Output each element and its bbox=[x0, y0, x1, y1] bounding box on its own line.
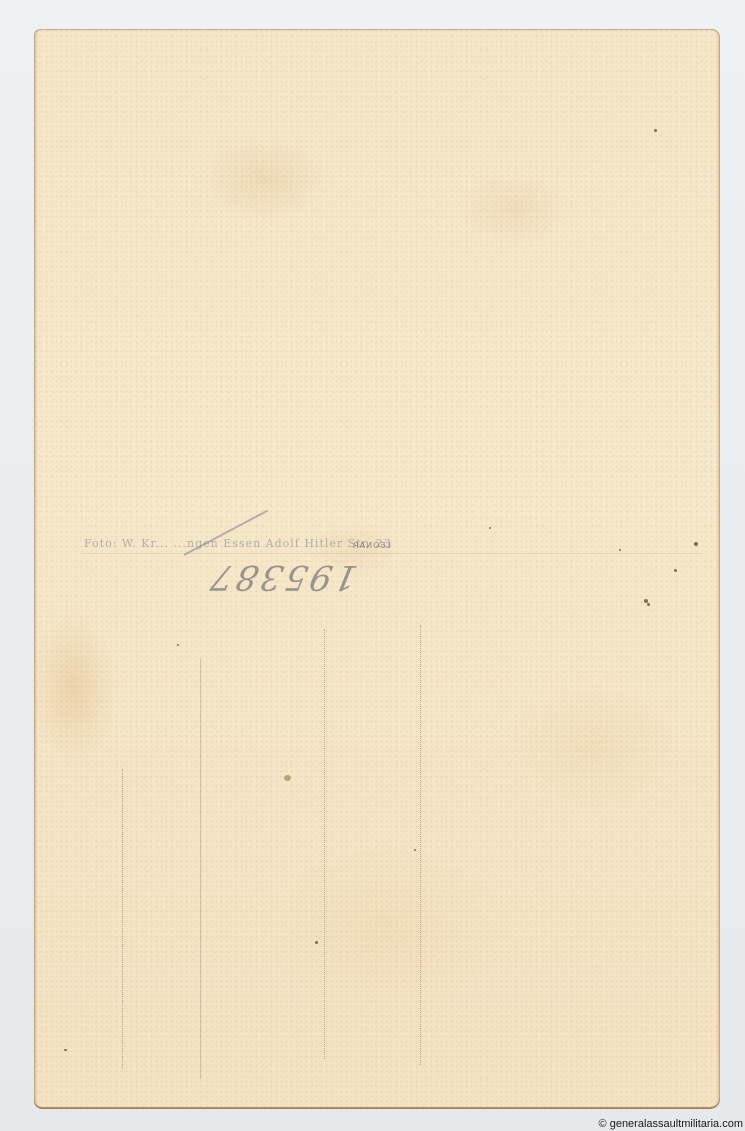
paper-speck bbox=[64, 1049, 67, 1051]
paper-speck bbox=[489, 527, 491, 529]
paper-stain-spot bbox=[284, 775, 291, 781]
paper-speck bbox=[619, 549, 621, 551]
address-divider-line bbox=[122, 769, 123, 1069]
address-divider-line bbox=[324, 629, 325, 1059]
paper-speck bbox=[414, 849, 416, 851]
address-divider-line bbox=[420, 625, 421, 1065]
pencil-inventory-number: 195387 bbox=[205, 557, 361, 597]
paper-speck bbox=[647, 603, 650, 606]
paper-speck bbox=[694, 542, 698, 546]
paper-speck bbox=[315, 941, 318, 944]
copyright-watermark: © generalassaultmilitaria.com bbox=[599, 1118, 743, 1130]
paper-speck bbox=[674, 569, 677, 572]
paper-speck bbox=[654, 129, 657, 132]
address-divider-line bbox=[200, 659, 201, 1079]
photographer-imprint-bleed-through: Foto: W. Kr... ...ngen Essen Adolf Hitle… bbox=[84, 537, 704, 550]
postcard-back: Foto: W. Kr... ...ngen Essen Adolf Hitle… bbox=[34, 29, 720, 1109]
mirrored-paper-brand-stamp: LEONAR bbox=[352, 541, 391, 550]
bleed-through-rule bbox=[82, 553, 702, 554]
paper-speck bbox=[177, 644, 179, 646]
